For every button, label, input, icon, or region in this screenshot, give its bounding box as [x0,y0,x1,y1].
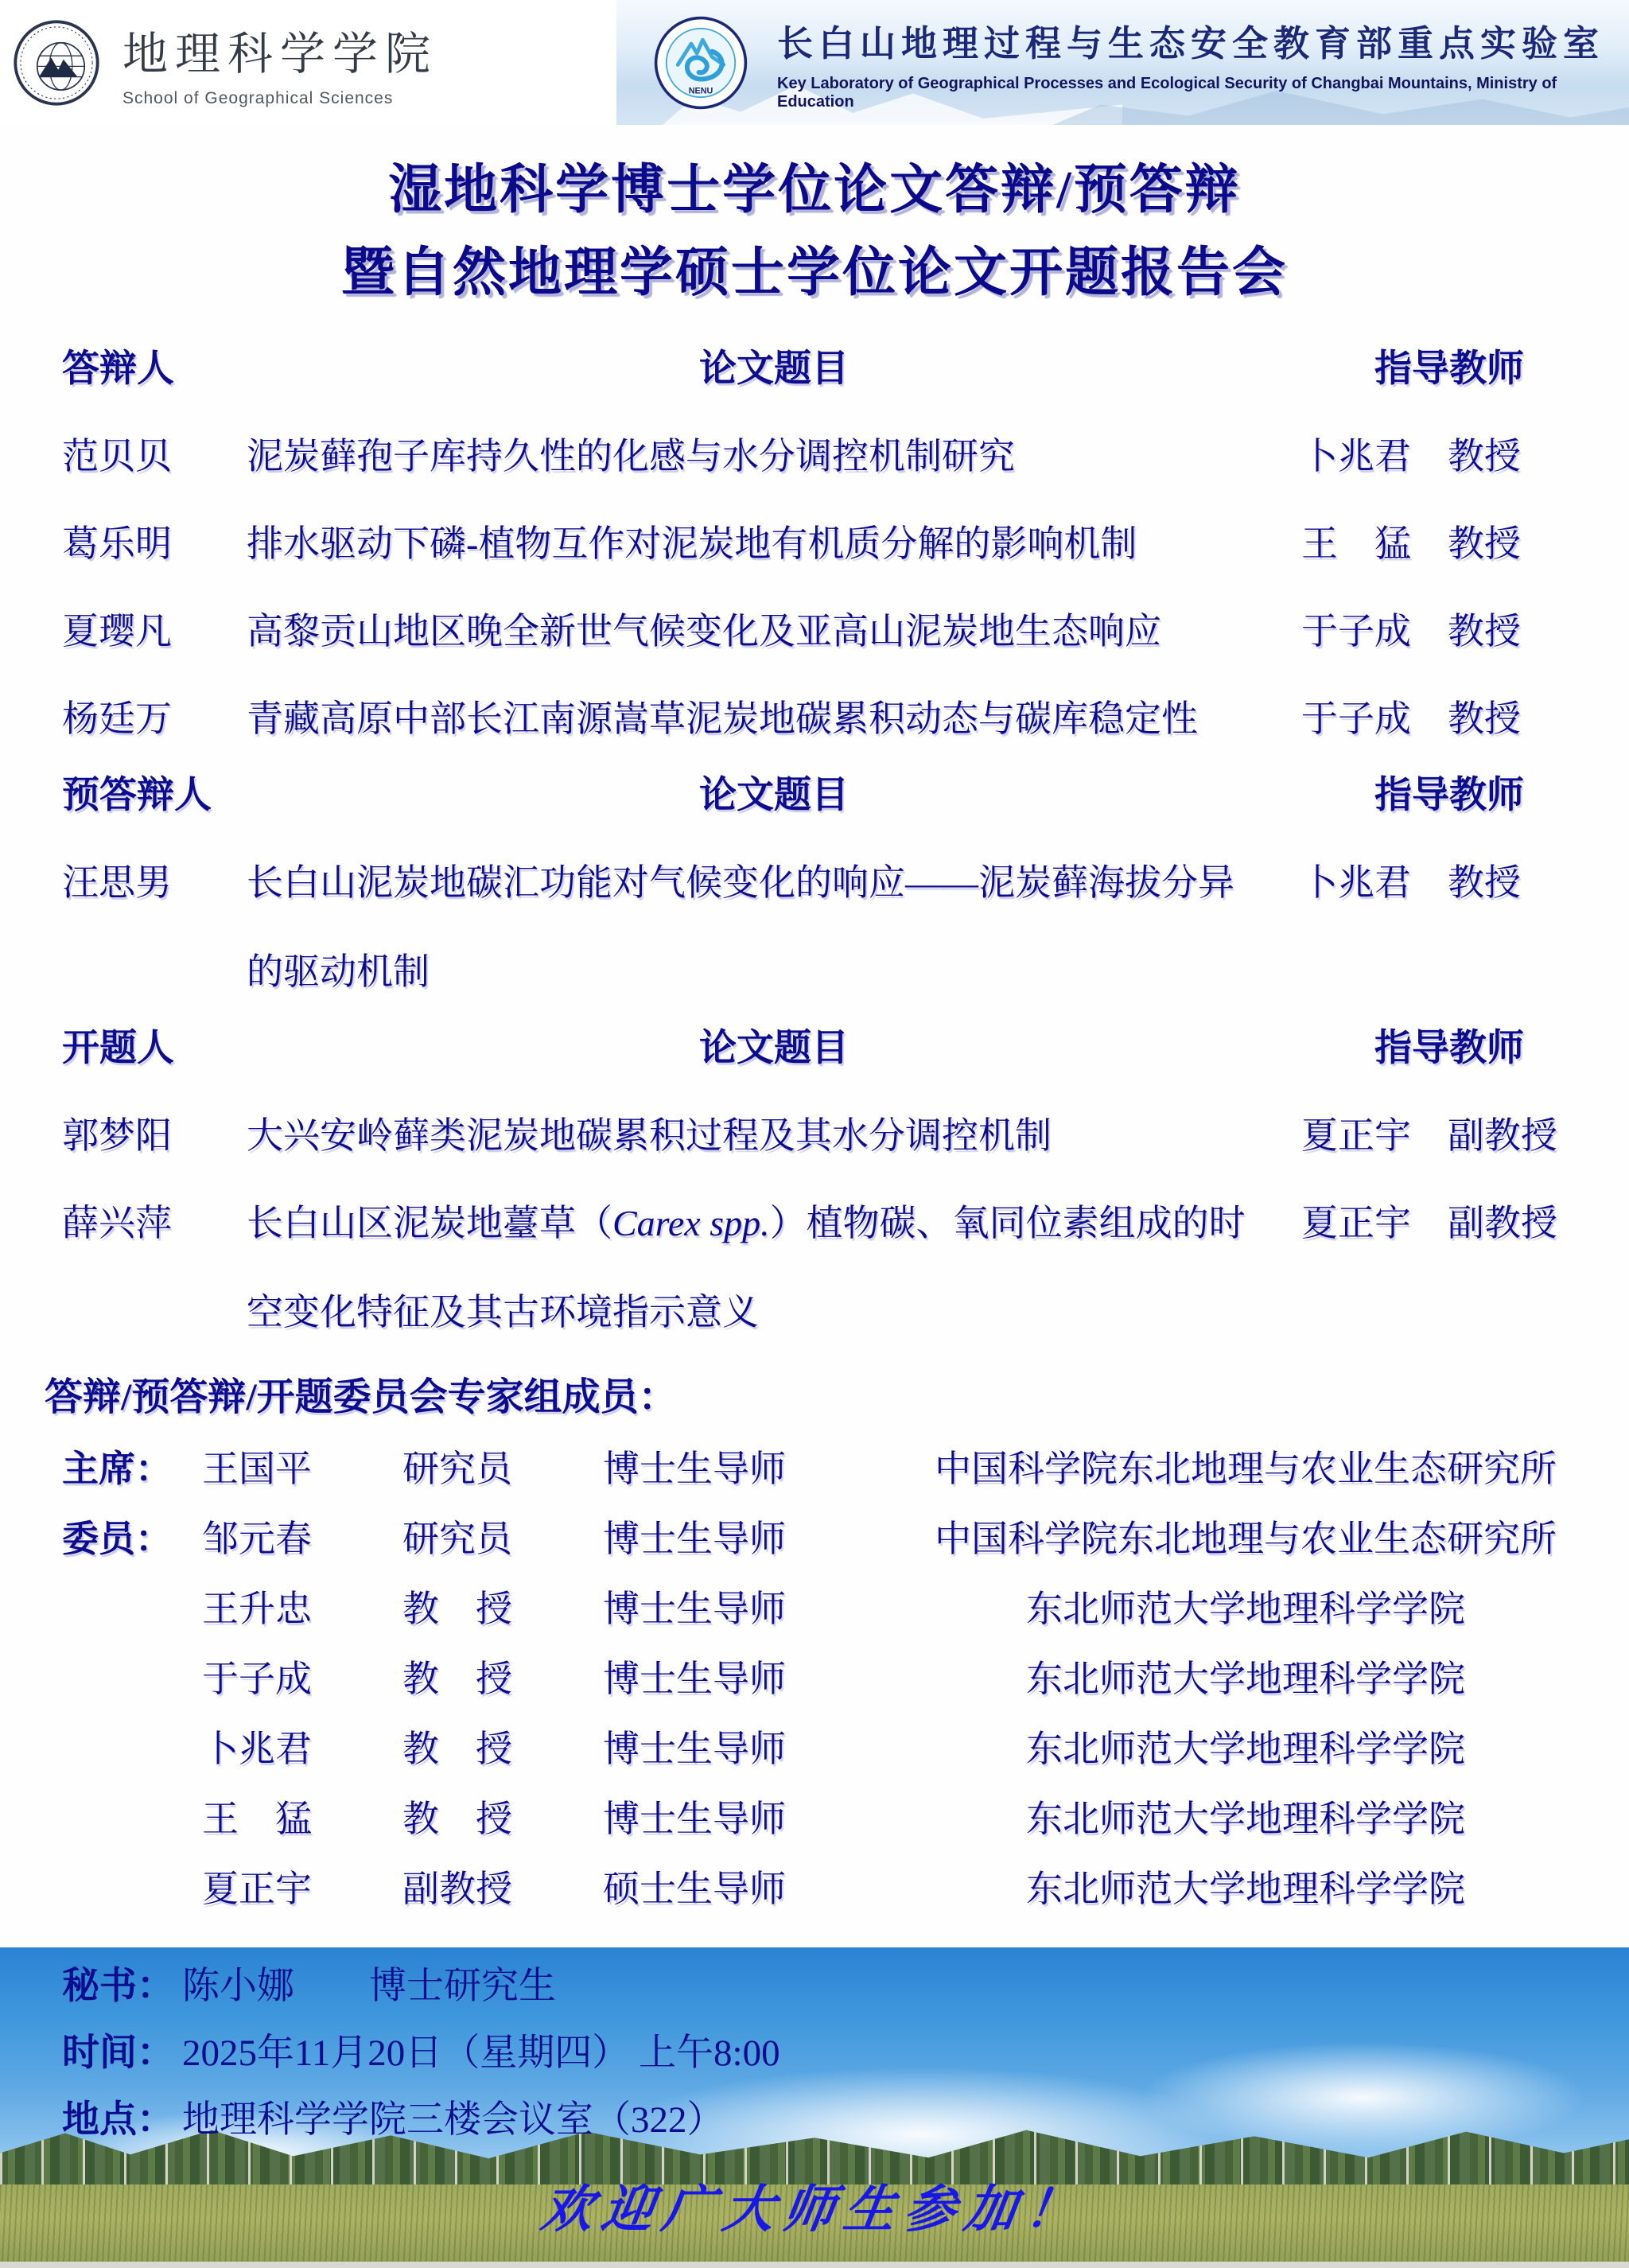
bottom-strip [0,2262,1629,2268]
advisor-name: 卜兆君 教授 [1301,862,1597,994]
committee-member-rank: 研究员 [402,1448,603,1490]
time-row: 时间： 2025年11月20日（星期四） 上午8:00 [0,2032,1629,2075]
venue-value: 地理科学学院三楼会议室（322） [182,2099,725,2142]
committee-role [62,1658,202,1700]
title-line-2: 暨自然地理学硕士学位论文开题报告会 [0,231,1629,314]
venue-label: 地点： [62,2099,174,2142]
lab-logo-text: NENU [689,86,713,95]
school-seal-icon [13,19,100,107]
school-brand: 地理科学学院 School of Geographical Sciences [0,0,616,125]
committee-member-name: 于子成 [202,1658,402,1700]
poster-page: 地理科学学院 School of Geographical Sciences N… [0,0,1629,2268]
committee-member-rank: 副教授 [402,1868,603,1910]
committee-row: 委员： 邹元春 研究员 博士生导师 中国科学院东北地理与农业生态研究所 [0,1518,1629,1560]
committee-member-duty: 硕士生导师 [603,1868,907,1910]
committee-member-name: 王升忠 [202,1588,402,1630]
thesis-title: 泥炭藓孢子库持久性的化感与水分调控机制研究 [247,435,1301,478]
advisor-name: 卜兆君 教授 [1301,435,1597,478]
secretary-label: 秘书： [62,1965,174,2008]
welcome-message: 欢迎广大师生参加！ [0,2169,1629,2242]
secretary-row: 秘书： 陈小娜 博士研究生 [0,1965,1629,2008]
committee-member-duty: 博士生导师 [603,1728,907,1770]
candidate-name: 郭梦阳 [62,1115,247,1157]
committee-member-affiliation: 中国科学院东北地理与农业生态研究所 [907,1448,1584,1490]
lab-name-block: 长白山地理过程与生态安全教育部重点实验室 Key Laboratory of G… [777,14,1629,111]
committee-row: 王升忠 教 授 博士生导师 东北师范大学地理科学学院 [0,1588,1629,1630]
table-row: 郭梦阳 大兴安岭藓类泥炭地碳累积过程及其水分调控机制 夏正宇 副教授 [0,1115,1629,1157]
committee-row: 夏正宇 副教授 硕士生导师 东北师范大学地理科学学院 [0,1868,1629,1910]
candidate-name: 范贝贝 [62,435,247,478]
table-row: 汪思男 长白山泥炭地碳汇功能对气候变化的响应——泥炭藓海拔分异 的驱动机制 卜兆… [0,862,1629,994]
col-header-advisor: 指导教师 [1301,774,1597,817]
committee-member-duty: 博士生导师 [603,1518,907,1560]
candidate-name: 薛兴萍 [62,1202,247,1334]
table-row: 杨廷万 青藏高原中部长江南源嵩草泥炭地碳累积动态与碳库稳定性 于子成 教授 [0,698,1629,741]
committee-heading: 答辩/预答辩/开题委员会专家组成员： [0,1375,1629,1420]
thesis-title-line2: 的驱动机制 [247,951,1301,994]
lab-logo-icon: NENU [653,15,748,111]
committee-member-affiliation: 东北师范大学地理科学学院 [907,1868,1584,1910]
committee-role: 委员： [62,1518,202,1560]
committee-role: 主席： [62,1448,202,1490]
col-header-thesis: 论文题目 [247,348,1301,391]
secretary-value: 陈小娜 博士研究生 [182,1965,556,2008]
committee-member-affiliation: 东北师范大学地理科学学院 [907,1728,1584,1770]
thesis-title-pre: 长白山区泥炭地薹草（ [247,1203,612,1243]
committee-member-rank: 教 授 [402,1728,603,1770]
table-row: 夏璎凡 高黎贡山地区晚全新世气候变化及亚高山泥炭地生态响应 于子成 教授 [0,610,1629,653]
defense-section-header: 答辩人 论文题目 指导教师 [0,348,1629,391]
thesis-title: 大兴安岭藓类泥炭地碳累积过程及其水分调控机制 [247,1115,1301,1157]
thesis-title: 青藏高原中部长江南源嵩草泥炭地碳累积动态与碳库稳定性 [247,698,1301,741]
advisor-name: 夏正宇 副教授 [1301,1115,1597,1157]
advisor-name: 夏正宇 副教授 [1301,1202,1597,1334]
committee-row: 卜兆君 教 授 博士生导师 东北师范大学地理科学学院 [0,1728,1629,1770]
committee-member-name: 卜兆君 [202,1728,402,1770]
committee-member-affiliation: 东北师范大学地理科学学院 [907,1588,1584,1630]
lab-banner: NENU 长白山地理过程与生态安全教育部重点实验室 Key Laboratory… [616,0,1629,125]
candidate-name: 杨廷万 [62,698,247,741]
committee-member-rank: 教 授 [402,1588,603,1630]
col-header-advisor: 指导教师 [1301,348,1597,391]
col-header-thesis: 论文题目 [247,1027,1301,1070]
thesis-title-latin: Carex spp. [612,1203,770,1243]
committee-role [62,1798,202,1840]
table-row: 葛乐明 排水驱动下磷-植物互作对泥炭地有机质分解的影响机制 王 猛 教授 [0,523,1629,566]
committee-member-affiliation: 东北师范大学地理科学学院 [907,1798,1584,1840]
school-name-en: School of Geographical Sciences [122,89,437,108]
thesis-title-line2: 空变化特征及其古环境指示意义 [247,1291,1301,1334]
committee-role [62,1588,202,1630]
committee-member-duty: 博士生导师 [603,1448,907,1490]
title-line-1: 湿地科学博士学位论文答辩/预答辩 [0,149,1629,231]
candidate-name: 夏璎凡 [62,610,247,653]
committee-member-rank: 教 授 [402,1798,603,1840]
school-name-block: 地理科学学院 School of Geographical Sciences [122,18,437,108]
committee-member-rank: 教 授 [402,1658,603,1700]
advisor-name: 于子成 教授 [1301,610,1597,653]
time-value: 2025年11月20日（星期四） 上午8:00 [182,2032,780,2075]
committee-role [62,1868,202,1910]
committee-member-name: 邹元春 [202,1518,402,1560]
proposal-section-header: 开题人 论文题目 指导教师 [0,1027,1629,1070]
predefense-section-header: 预答辩人 论文题目 指导教师 [0,774,1629,817]
committee-member-name: 王 猛 [202,1798,402,1840]
committee-member-duty: 博士生导师 [603,1798,907,1840]
committee-member-duty: 博士生导师 [603,1588,907,1630]
school-name-cn: 地理科学学院 [122,18,437,83]
committee-role [62,1728,202,1770]
advisor-name: 于子成 教授 [1301,698,1597,741]
thesis-title: 排水驱动下磷-植物互作对泥炭地有机质分解的影响机制 [247,523,1301,566]
col-header-person: 答辩人 [62,348,247,391]
thesis-title: 长白山泥炭地碳汇功能对气候变化的响应——泥炭藓海拔分异 的驱动机制 [247,862,1301,994]
committee-member-duty: 博士生导师 [603,1658,907,1700]
table-row: 薛兴萍 长白山区泥炭地薹草（Carex spp.）植物碳、氧同位素组成的时 空变… [0,1202,1629,1334]
footer-photo-band: 秘书： 陈小娜 博士研究生 时间： 2025年11月20日（星期四） 上午8:0… [0,1947,1629,2262]
header: 地理科学学院 School of Geographical Sciences N… [0,0,1629,125]
col-header-person: 开题人 [62,1027,247,1070]
committee-member-name: 夏正宇 [202,1868,402,1910]
col-header-person: 预答辩人 [62,774,247,817]
lab-name-en: Key Laboratory of Geographical Processes… [777,75,1629,111]
candidate-name: 葛乐明 [62,523,247,566]
table-row: 范贝贝 泥炭藓孢子库持久性的化感与水分调控机制研究 卜兆君 教授 [0,435,1629,478]
footer-text: 秘书： 陈小娜 博士研究生 时间： 2025年11月20日（星期四） 上午8:0… [0,1947,1629,2262]
committee-row: 王 猛 教 授 博士生导师 东北师范大学地理科学学院 [0,1798,1629,1840]
committee-member-affiliation: 东北师范大学地理科学学院 [907,1658,1584,1700]
venue-row: 地点： 地理科学学院三楼会议室（322） [0,2099,1629,2142]
committee-member-rank: 研究员 [402,1518,603,1560]
col-header-thesis: 论文题目 [247,774,1301,817]
committee-row: 于子成 教 授 博士生导师 东北师范大学地理科学学院 [0,1658,1629,1700]
col-header-advisor: 指导教师 [1301,1027,1597,1070]
advisor-name: 王 猛 教授 [1301,523,1597,566]
thesis-title: 高黎贡山地区晚全新世气候变化及亚高山泥炭地生态响应 [247,610,1301,653]
thesis-title-post: ）植物碳、氧同位素组成的时 [770,1203,1246,1243]
lab-name-cn: 长白山地理过程与生态安全教育部重点实验室 [777,14,1629,66]
committee-member-affiliation: 中国科学院东北地理与农业生态研究所 [907,1518,1584,1560]
candidate-name: 汪思男 [62,862,247,994]
thesis-title-line1: 长白山泥炭地碳汇功能对气候变化的响应——泥炭藓海拔分异 [247,862,1301,904]
thesis-title-line1: 长白山区泥炭地薹草（Carex spp.）植物碳、氧同位素组成的时 [247,1202,1301,1245]
committee-row: 主席： 王国平 研究员 博士生导师 中国科学院东北地理与农业生态研究所 [0,1448,1629,1490]
main-title: 湿地科学博士学位论文答辩/预答辩 暨自然地理学硕士学位论文开题报告会 [0,149,1629,314]
time-label: 时间： [62,2032,174,2075]
thesis-title: 长白山区泥炭地薹草（Carex spp.）植物碳、氧同位素组成的时 空变化特征及… [247,1202,1301,1334]
committee-member-name: 王国平 [202,1448,402,1490]
